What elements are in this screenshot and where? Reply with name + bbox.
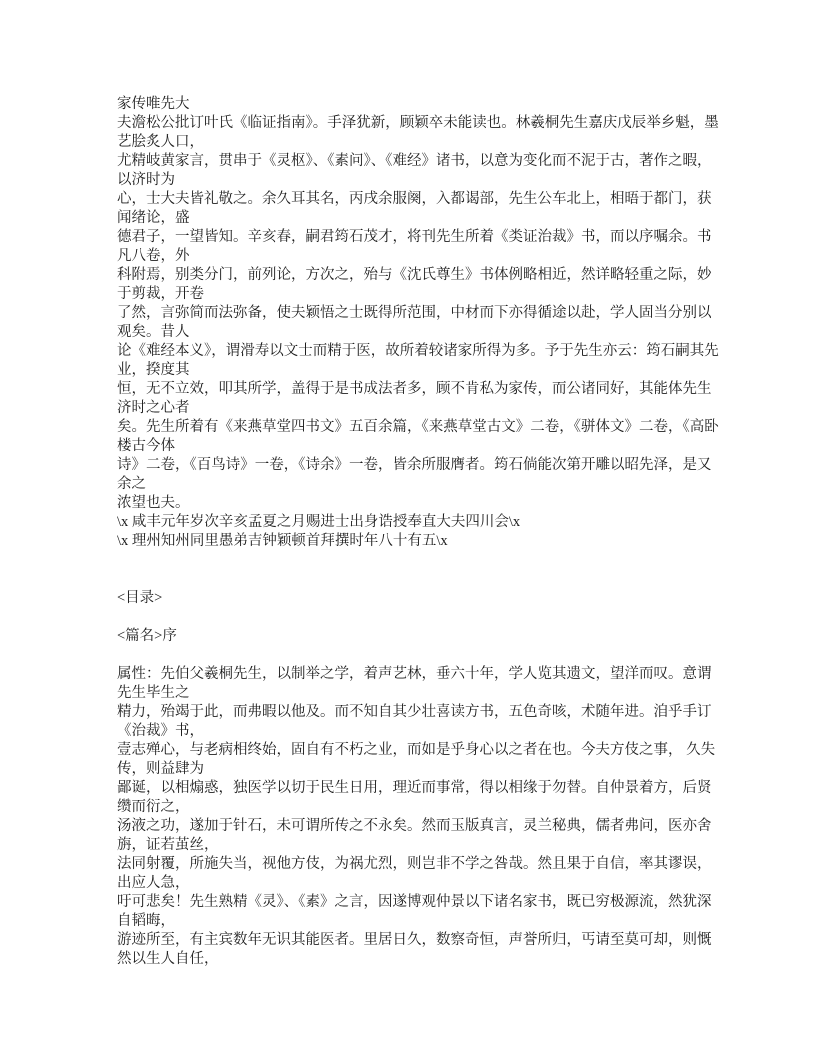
text-line: 出应人急， [117, 874, 717, 893]
text-line: 缵而衍之， [117, 798, 717, 817]
text-line: 汤液之功，遂加于针石，未可谓所传之不永矣。然而玉版真言，灵兰秘典，儒者弗问，医亦… [117, 817, 717, 836]
text-line: 自韬晦， [117, 912, 717, 931]
text-line: <目录> [117, 589, 717, 608]
text-line: 论《难经本义》，谓滑寿以文士而精于医，故所着较诸家所得为多。予于先生亦云：筠石嗣… [117, 342, 717, 361]
text-line: 了然，言弥简而法弥备，使夫颖悟之士既得所范围，中材而下亦得循途以赴，学人固当分别… [117, 304, 717, 323]
page-background: { "page": { "background_color": "#ffffff… [0, 0, 816, 1056]
text-line: 先生毕生之 [117, 684, 717, 703]
text-line: 属性：先伯父羲桐先生，以制举之学，着声艺林，垂六十年，学人览其遗文，望洋而叹。意… [117, 665, 717, 684]
text-line: 科附焉，别类分门，前列论，方次之，殆与《沈氏尊生》书体例略相近，然详略轻重之际，… [117, 266, 717, 285]
text-line: 传，则益肆为 [117, 760, 717, 779]
text-line: 闻绪论，盛 [117, 209, 717, 228]
text-line [117, 551, 717, 570]
text-line: 德君子，一望皆知。辛亥春，嗣君筠石茂才，将刊先生所着《类证治裁》书，而以序嘱余。… [117, 228, 717, 247]
text-line: 《治裁》书， [117, 722, 717, 741]
text-line: 浓望也夫。 [117, 494, 717, 513]
text-line: 然以生人自任， [117, 950, 717, 969]
text-line: 家传唯先大 [117, 95, 717, 114]
text-line: 旃，证若茧丝， [117, 836, 717, 855]
text-line: 夫澹松公批订叶氏《临证指南》。手泽犹新，顾颖卒未能读也。林羲桐先生嘉庆戊辰举乡魁… [117, 114, 717, 133]
text-line [117, 608, 717, 627]
text-line: 济时之心者 [117, 399, 717, 418]
text-line: \x 咸丰元年岁次辛亥孟夏之月赐进士出身诰授奉直大夫四川会\x [117, 513, 717, 532]
text-line: 壹志殚心，与老病相终始，固自有不朽之业，而如是乎身心以之者在也。今夫方伎之事， … [117, 741, 717, 760]
text-line: 鄙诞，以相煽惑，独医学以切于民生日用，理近而事常，得以相缘于勿替。自仲景着方，后… [117, 779, 717, 798]
text-line: 于剪裁，开卷 [117, 285, 717, 304]
text-line: 吁可悲矣！先生熟精《灵》、《素》之言，因遂博观仲景以下诸名家书，既已穷极源流，然… [117, 893, 717, 912]
text-line: <篇名>序 [117, 627, 717, 646]
document-text: 家传唯先大夫澹松公批订叶氏《临证指南》。手泽犹新，顾颖卒未能读也。林羲桐先生嘉庆… [117, 95, 717, 969]
text-line: 恒，无不立效，叩其所学，盖得于是书成法者多，顾不肯私为家传，而公诸同好，其能体先… [117, 380, 717, 399]
text-line [117, 646, 717, 665]
text-line: 艺脍炙人口， [117, 133, 717, 152]
text-line: 游迹所至，有主宾数年无识其能医者。里居日久，数察奇恒，声誉所归，丐请至莫可却，则… [117, 931, 717, 950]
text-line: 精力，殆竭于此，而弗暇以他及。而不知自其少壮喜读方书，五色奇咳，术随年进。洎乎手… [117, 703, 717, 722]
text-line: 以济时为 [117, 171, 717, 190]
text-line: 楼古今体 [117, 437, 717, 456]
text-line: 诗》二卷，《百鸟诗》一卷，《诗余》一卷，皆余所服膺者。筠石倘能次第开雕以昭先泽，… [117, 456, 717, 475]
text-line: 余之 [117, 475, 717, 494]
text-line: 凡八卷，外 [117, 247, 717, 266]
text-line: 法同射覆，所施失当，视他方伎，为祸尤烈，则岂非不学之咎哉。然且果于自信，率其谬误… [117, 855, 717, 874]
text-line: 观矣。昔人 [117, 323, 717, 342]
text-line: 心，士大夫皆礼敬之。余久耳其名，丙戌余服阕，入都谒部，先生公车北上，相晤于都门，… [117, 190, 717, 209]
text-line: \x 理州知州同里愚弟吉钟颖顿首拜撰时年八十有五\x [117, 532, 717, 551]
text-line: 业，揆度其 [117, 361, 717, 380]
text-line: 尤精岐黄家言，贯串于《灵枢》、《素问》、《难经》诸书，以意为变化而不泥于古，著作… [117, 152, 717, 171]
text-line [117, 570, 717, 589]
text-line: 矣。先生所着有《来燕草堂四书文》五百余篇，《来燕草堂古文》二卷，《骈体文》二卷，… [117, 418, 717, 437]
